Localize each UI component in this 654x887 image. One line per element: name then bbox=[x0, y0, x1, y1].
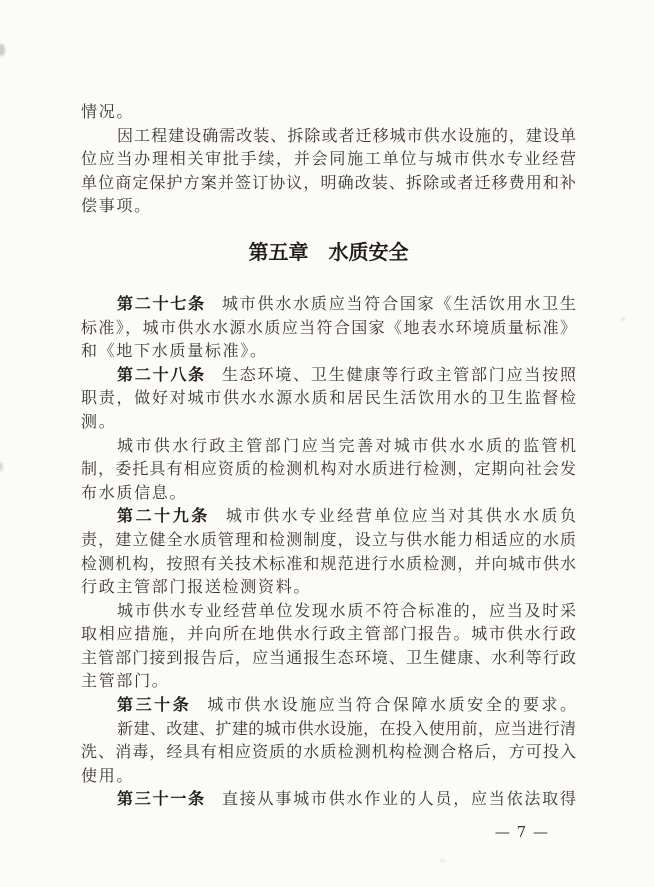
article-number: 第三十一条 bbox=[117, 789, 206, 808]
text-line: 因工程建设确需改装、拆除或者迁移城市供水设施的，建设单 bbox=[81, 124, 576, 148]
scan-speck bbox=[0, 462, 3, 471]
article-line: 第三十条城市供水设施应当符合保障水质安全的要求。 bbox=[81, 693, 576, 717]
article-number: 第二十九条 bbox=[117, 506, 210, 525]
chapter-number: 第五章 bbox=[249, 240, 309, 264]
article-number: 第二十八条 bbox=[117, 365, 206, 384]
article-line: 第二十九条城市供水专业经营单位应当对其供水水质负 bbox=[81, 504, 576, 528]
text-block: 情况。 因工程建设确需改装、拆除或者迁移城市供水设施的，建设单 位应当办理相关审… bbox=[81, 100, 576, 841]
text-line: 单位商定保护方案并签订协议，明确改装、拆除或者迁移费用和补 bbox=[81, 171, 576, 195]
text-line: 城市供水专业经营单位发现水质不符合标准的，应当及时采 bbox=[81, 599, 576, 623]
text-line: 情况。 bbox=[81, 100, 576, 124]
text-line: 测。 bbox=[81, 410, 576, 434]
text-line: 主管部门接到报告后，应当通报生态环境、卫生健康、水利等行政 bbox=[81, 646, 576, 670]
text-line: 主管部门。 bbox=[81, 669, 576, 693]
article-text: 直接从事城市供水作业的人员，应当依法取得 bbox=[222, 789, 576, 808]
article-text: 城市供水专业经营单位应当对其供水水质负 bbox=[226, 506, 576, 525]
text-line: 标准》，城市供水水源水质应当符合国家《地表水环境质量标准》 bbox=[81, 316, 576, 340]
text-line: 和《地下水质量标准》。 bbox=[81, 339, 576, 363]
text-line: 制，委托具有相应资质的检测机构对水质进行检测，定期向社会发 bbox=[81, 457, 576, 481]
text-line: 职责，做好对城市供水水源水质和居民生活饮用水的卫生监督检 bbox=[81, 386, 576, 410]
article-line: 第二十八条生态环境、卫生健康等行政主管部门应当按照 bbox=[81, 363, 576, 387]
page-number: — 7 — bbox=[81, 823, 576, 841]
text-line: 责，建立健全水质管理和检测制度，设立与供水能力相适应的水质 bbox=[81, 528, 576, 552]
article-text: 城市供水水质应当符合国家《生活饮用水卫生 bbox=[222, 294, 576, 313]
text-line: 取相应措施，并向所在地供水行政主管部门报告。城市供水行政 bbox=[81, 622, 576, 646]
scan-speck bbox=[621, 317, 625, 321]
scan-speck bbox=[0, 44, 5, 56]
text-line: 城市供水行政主管部门应当完善对城市供水水质的监管机 bbox=[81, 434, 576, 458]
article-line: 第二十七条城市供水水质应当符合国家《生活饮用水卫生 bbox=[81, 292, 576, 316]
article-number: 第三十条 bbox=[117, 695, 191, 714]
text-line: 偿事项。 bbox=[81, 194, 576, 218]
scan-speck bbox=[440, 859, 445, 862]
text-line: 布水质信息。 bbox=[81, 481, 576, 505]
article-text: 城市供水设施应当符合保障水质安全的要求。 bbox=[207, 695, 576, 714]
article-number: 第二十七条 bbox=[117, 294, 206, 313]
article-line: 第三十一条直接从事城市供水作业的人员，应当依法取得 bbox=[81, 787, 576, 811]
article-text: 生态环境、卫生健康等行政主管部门应当按照 bbox=[222, 365, 576, 384]
scanned-document-page: 情况。 因工程建设确需改装、拆除或者迁移城市供水设施的，建设单 位应当办理相关审… bbox=[0, 0, 654, 887]
text-line: 洗、消毒，经具有相应资质的水质检测机构检测合格后，方可投入 bbox=[81, 740, 576, 764]
text-line: 新建、改建、扩建的城市供水设施，在投入使用前，应当进行清 bbox=[81, 717, 576, 741]
chapter-title: 水质安全 bbox=[329, 240, 409, 264]
text-line: 使用。 bbox=[81, 764, 576, 788]
text-line: 行政主管部门报送检测资料。 bbox=[81, 575, 576, 599]
text-line: 位应当办理相关审批手续，并会同施工单位与城市供水专业经营 bbox=[81, 147, 576, 171]
text-line: 检测机构，按照有关技术标准和规范进行水质检测，并向城市供水 bbox=[81, 552, 576, 576]
chapter-heading: 第五章水质安全 bbox=[81, 239, 576, 265]
